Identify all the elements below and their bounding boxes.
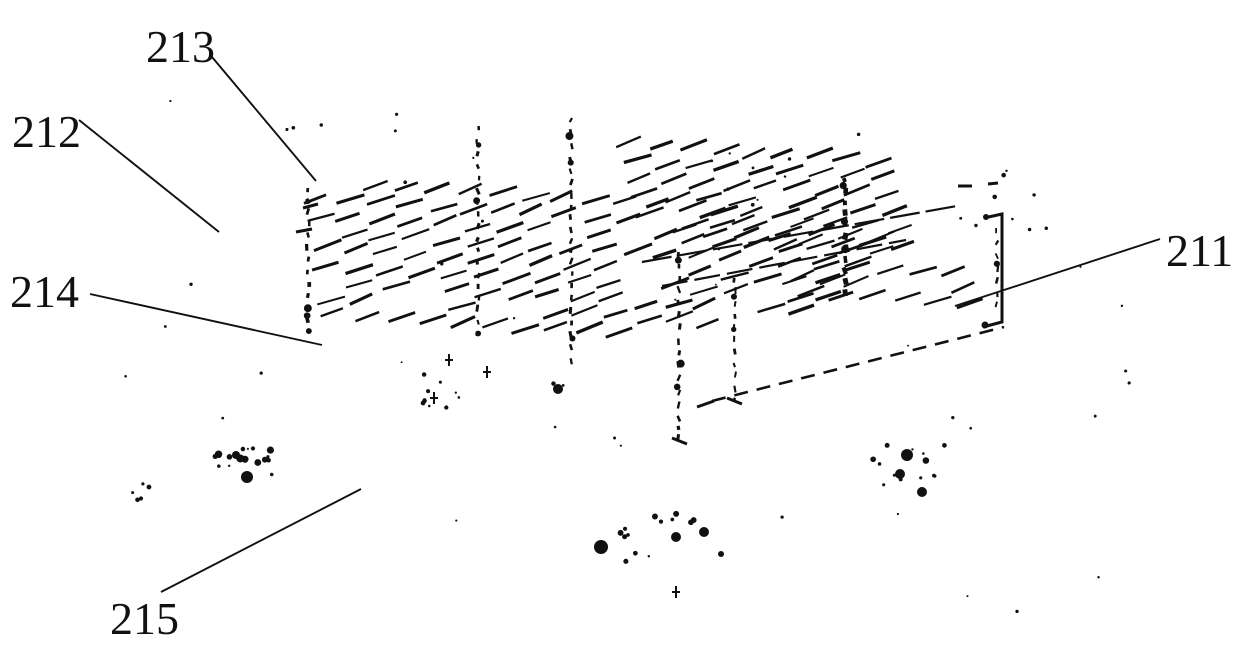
support-post-dash (571, 358, 572, 364)
support-post-dash (678, 375, 681, 381)
support-post-dash (570, 344, 572, 350)
noise-speck (620, 445, 622, 447)
noise-speck (922, 452, 925, 455)
leader-line-214 (90, 294, 322, 345)
ref-label-213: 213 (146, 21, 215, 72)
hatch-stroke (420, 315, 447, 324)
noise-speck (1124, 370, 1127, 373)
hatch-stroke (910, 267, 937, 274)
noise-speck (534, 262, 536, 264)
hatch-stroke (951, 282, 974, 293)
noise-speck (395, 113, 398, 116)
noise-speck (974, 224, 977, 227)
hatch-stroke (308, 214, 335, 221)
hatch-stroke (714, 144, 740, 154)
hatch-stroke (682, 234, 705, 243)
hatch-stroke (594, 261, 617, 270)
end-bracket (983, 214, 1002, 327)
support-post-dash (478, 273, 479, 278)
support-post-dash (678, 286, 681, 293)
support-post-blob (306, 328, 312, 334)
support-post-dash (570, 307, 571, 314)
support-post-blob (994, 261, 1000, 267)
hatch-stroke (740, 207, 762, 216)
hatch-stroke (571, 305, 597, 315)
noise-speck (221, 417, 224, 420)
noise-speck (472, 157, 474, 159)
noise-speck (147, 485, 152, 490)
noise-speck (784, 175, 786, 177)
support-post-dash (307, 232, 308, 237)
support-post-dash (678, 300, 679, 305)
foot-mark (672, 438, 687, 444)
hatch-stroke (346, 280, 372, 287)
hatch-stroke (789, 197, 817, 207)
noise-speck (422, 372, 426, 376)
noise-speck (907, 345, 909, 347)
support-post-dash (844, 267, 846, 274)
hatch-stroke (624, 244, 652, 255)
foot-mark (296, 229, 312, 232)
hatch-stroke (686, 161, 711, 168)
hatch-stroke (564, 259, 591, 270)
end-bracket-blob (982, 322, 989, 329)
support-post-blob (674, 384, 681, 391)
hatch-stroke (342, 230, 367, 238)
noise-speck (267, 447, 274, 454)
noise-speck (710, 159, 713, 162)
noise-speck (670, 518, 674, 522)
noise-speck (870, 456, 876, 462)
hatch-stroke (661, 174, 686, 184)
hatch-stroke (877, 265, 903, 273)
noise-speck (893, 474, 896, 477)
support-post-dash (845, 289, 846, 296)
hatch-stroke (529, 256, 552, 266)
support-post-dash (678, 416, 680, 422)
noise-speck (262, 457, 268, 463)
noise-speck (455, 392, 457, 394)
hatch-stroke (396, 199, 423, 207)
noise-speck (626, 533, 630, 537)
noise-speck (652, 513, 658, 519)
noise-speck (1121, 305, 1123, 307)
noise-speck (780, 516, 783, 519)
noise-speck (254, 459, 261, 466)
hatch-stroke (696, 193, 721, 200)
hatch-stroke (367, 195, 395, 204)
hatch-stroke (628, 173, 651, 183)
hatch-stroke (368, 233, 394, 241)
support-post-blob (842, 245, 847, 250)
noise-speck (1011, 218, 1014, 221)
noise-speck (752, 167, 755, 170)
support-post-dash (735, 314, 736, 319)
support-post-dash (570, 227, 571, 233)
hatch-stroke (535, 289, 559, 296)
hatch-stroke (528, 243, 551, 251)
noise-blob (594, 540, 608, 554)
hatch-stroke (460, 204, 487, 214)
noise-speck (648, 555, 650, 557)
hatch-stroke (770, 149, 792, 158)
support-post-dash (844, 178, 845, 182)
hatch-stroke (754, 274, 782, 282)
hatch-stroke (809, 168, 834, 177)
hatch-stroke (587, 230, 611, 238)
hatch-stroke (604, 310, 628, 317)
hatch-stroke (804, 210, 829, 220)
support-post-dash (678, 426, 679, 430)
hatch-stroke (445, 284, 469, 292)
hatch-stroke (520, 204, 542, 215)
hatch-stroke (596, 280, 620, 288)
figure-content: 211212213214215 (10, 21, 1233, 644)
hatch-stroke (654, 229, 677, 238)
noise-speck (241, 447, 246, 452)
support-post-blob (677, 360, 685, 368)
hatch-stroke (636, 207, 664, 217)
hatch-stroke (732, 215, 755, 224)
hatch-stroke (689, 266, 711, 275)
noise-speck (1094, 415, 1097, 418)
noise-speck (715, 284, 717, 286)
noise-blob (553, 384, 563, 394)
hatch-stroke (631, 188, 657, 197)
hatch-stroke (693, 298, 715, 309)
hatch-stroke (433, 238, 460, 246)
hatch-stroke (482, 318, 508, 327)
hatch-stroke (402, 229, 430, 239)
support-post-dash (845, 233, 846, 240)
hatch-stroke (395, 183, 418, 191)
noise-speck (1028, 228, 1032, 232)
support-post-blob (841, 218, 848, 225)
hatch-stroke (498, 238, 521, 247)
hatch-stroke (799, 234, 823, 244)
hatch-stroke (870, 246, 893, 253)
hatch-stroke (866, 158, 892, 167)
support-post-dash (571, 295, 572, 300)
support-post-dash (477, 260, 478, 264)
noise-speck (969, 427, 972, 430)
support-post-blob (304, 304, 312, 312)
hatch-stroke (431, 204, 457, 211)
noise-speck (260, 371, 263, 374)
hatch-stroke (335, 213, 359, 221)
hatch-stroke (790, 218, 813, 227)
hatch-stroke (646, 199, 668, 207)
noise-speck (882, 483, 885, 486)
hatch-stroke (713, 162, 738, 171)
noise-speck (1005, 170, 1007, 172)
support-post-dash (307, 199, 310, 204)
noise-speck (633, 551, 638, 556)
noise-speck (401, 361, 403, 363)
support-post-blob (476, 142, 481, 147)
noise-speck (513, 317, 515, 319)
hatch-stroke (404, 252, 426, 260)
leader-line-215 (161, 489, 361, 592)
patent-figure-page: 211212213214215 (0, 0, 1239, 648)
hatch-stroke (451, 317, 475, 328)
noise-speck (1015, 610, 1018, 613)
support-post-dash (734, 349, 735, 355)
support-post-dash (570, 169, 572, 174)
hatch-stroke (822, 200, 845, 209)
hatch-stroke (376, 266, 403, 275)
hatch-stroke (807, 148, 833, 158)
support-post-dash (570, 249, 571, 253)
noise-speck (458, 396, 461, 399)
hatch-stroke (783, 180, 810, 190)
support-post-dash (996, 253, 998, 258)
hatch-stroke (321, 308, 343, 316)
noise-blob (917, 487, 927, 497)
foot-mark (697, 401, 714, 407)
hatch-stroke (550, 191, 572, 202)
support-post-dash (570, 238, 572, 243)
noise-blob (241, 471, 253, 483)
hatch-stroke (336, 195, 364, 203)
noise-speck (751, 203, 755, 207)
noise-blob (671, 532, 681, 542)
support-post-dash (679, 350, 680, 355)
hatch-stroke (599, 292, 623, 301)
support-post-blob (304, 312, 311, 319)
hatch-stroke (776, 165, 803, 174)
hatch-stroke (655, 160, 680, 169)
hatch-stroke (832, 153, 860, 161)
hatch-stroke (501, 253, 523, 262)
support-post-blob (565, 132, 573, 140)
support-post-dash (477, 237, 479, 241)
hatch-stroke (838, 229, 862, 239)
noise-speck (421, 401, 426, 406)
noise-speck (1045, 226, 1049, 230)
noise-blob (699, 527, 709, 537)
foot-mark (988, 183, 998, 184)
hatch-stroke (434, 215, 457, 225)
hatch-stroke (528, 222, 551, 230)
noise-speck (251, 446, 255, 450)
hatch-stroke (383, 282, 410, 290)
hatch-stroke (535, 273, 560, 282)
hatch-stroke (882, 206, 906, 216)
noise-speck (285, 128, 288, 131)
hatch-stroke (389, 312, 416, 321)
hatch-stroke (788, 305, 814, 314)
noise-speck (131, 491, 134, 494)
hatch-stroke (543, 309, 568, 318)
hatch-stroke (680, 140, 707, 150)
hatch-stroke (448, 303, 475, 310)
noise-speck (878, 462, 882, 466)
noise-blob (232, 451, 240, 459)
hatch-stroke (778, 258, 801, 267)
support-post-dash (679, 323, 680, 329)
hatch-stroke (624, 155, 652, 163)
hatch-stroke (679, 200, 707, 211)
support-post-blob (840, 182, 847, 189)
hatch-stroke (344, 243, 367, 253)
noise-speck (440, 262, 443, 265)
support-post-dash (571, 143, 572, 149)
hatch-stroke (895, 292, 920, 300)
hatch-stroke (703, 229, 727, 237)
ref-label-214: 214 (10, 266, 79, 317)
hatch-stroke (408, 268, 434, 278)
leader-line-212 (79, 120, 219, 232)
hatch-stroke (509, 291, 533, 300)
noise-speck (966, 595, 968, 597)
hatch-stroke (437, 254, 463, 263)
noise-speck (1001, 173, 1006, 178)
noise-speck (247, 448, 249, 450)
hatch-stroke (568, 275, 591, 283)
support-post-dash (734, 363, 735, 367)
noise-speck (857, 133, 861, 137)
noise-speck (726, 187, 729, 190)
noise-blob (895, 469, 905, 479)
hatch-stroke (665, 192, 690, 202)
support-post-dash (477, 305, 478, 312)
hatch-stroke (871, 171, 894, 180)
hatch-stroke (653, 250, 676, 258)
hatch-stroke (841, 169, 865, 178)
hatch-stroke (710, 220, 735, 228)
support-post-blob (731, 294, 737, 300)
hatch-stroke (815, 186, 838, 195)
support-post-dash (845, 256, 846, 263)
support-post-blob (569, 335, 575, 341)
hatch-stroke (616, 137, 641, 148)
hatch-stroke (369, 214, 395, 224)
noise-speck (428, 405, 431, 408)
hatch-stroke (571, 292, 595, 302)
support-post-dash (570, 118, 572, 122)
hatch-stroke (511, 325, 539, 334)
hatch-stroke (441, 271, 467, 279)
support-post-dash (307, 208, 309, 214)
noise-speck (885, 443, 890, 448)
hatch-stroke (941, 267, 964, 276)
support-post-dash (678, 390, 680, 396)
hatch-stroke (497, 223, 524, 233)
noise-speck (227, 454, 233, 460)
noise-speck (554, 426, 557, 429)
noise-speck (189, 283, 192, 286)
noise-speck (403, 180, 407, 184)
hatch-stroke (522, 193, 550, 201)
noise-speck (959, 217, 962, 220)
support-post-dash (570, 214, 571, 220)
hatch-stroke (719, 251, 741, 260)
noise-speck (674, 299, 676, 301)
noise-speck (135, 497, 140, 502)
hatch-stroke (850, 205, 875, 213)
hatch-stroke (650, 141, 673, 149)
support-post-dash (477, 188, 480, 194)
figure-canvas: 211212213214215 (0, 0, 1239, 648)
support-post-dash (477, 151, 478, 156)
hatch-stroke (397, 218, 422, 227)
hatch-stroke (491, 203, 515, 212)
support-post-dash (307, 293, 308, 298)
hatch-stroke (791, 270, 814, 281)
noise-blob (718, 551, 724, 557)
noise-speck (718, 248, 721, 251)
hatch-stroke (592, 244, 617, 251)
hatch-stroke (875, 191, 898, 199)
support-post-dash (996, 302, 997, 307)
noise-speck (992, 195, 997, 200)
noise-speck (729, 152, 731, 154)
leader-line-211 (955, 239, 1160, 306)
noise-speck (691, 517, 697, 523)
support-post-dash (477, 320, 478, 325)
support-post-dash (996, 277, 998, 283)
support-post-dash (845, 278, 846, 284)
noise-speck (618, 530, 624, 536)
hatch-stroke (772, 209, 800, 218)
hatch-stroke (312, 262, 338, 270)
hatch-stroke (490, 187, 517, 196)
support-post-dash (734, 278, 735, 283)
end-bracket-blob (983, 214, 989, 220)
hatch-stroke (690, 287, 718, 295)
hatch-stroke (742, 148, 765, 158)
noise-speck (613, 437, 616, 440)
hatch-stroke (859, 290, 885, 299)
hatch-stroke (317, 297, 345, 305)
noise-speck (164, 325, 167, 328)
hatch-stroke (424, 183, 449, 193)
hatch-stroke (888, 225, 911, 233)
support-post-dash (477, 164, 479, 168)
noise-speck (942, 443, 947, 448)
support-post-dash (477, 223, 479, 229)
panel-bottom-edge (712, 327, 1004, 401)
noise-speck (951, 416, 954, 419)
noise-speck (292, 126, 296, 130)
noise-speck (1032, 193, 1035, 196)
hatch-stroke (314, 240, 341, 251)
support-post-dash (996, 240, 999, 244)
hatch-stroke (582, 196, 610, 204)
hatch-stroke (585, 215, 611, 223)
support-post-dash (570, 258, 572, 265)
noise-speck (455, 519, 457, 521)
hatch-stroke (346, 265, 373, 274)
hatch-stroke (637, 316, 662, 324)
noise-speck (933, 474, 936, 477)
support-post-dash (845, 209, 846, 215)
foot-mark (303, 204, 318, 208)
hatch-stroke (807, 241, 835, 249)
hatch-stroke (758, 304, 786, 312)
support-post-dash (308, 257, 309, 262)
noise-speck (756, 199, 758, 201)
hatch-stroke (689, 179, 714, 189)
noise-speck (320, 123, 323, 126)
support-post-blob (675, 257, 682, 264)
hatch-stroke (616, 214, 640, 223)
noise-speck (217, 464, 221, 468)
noise-speck (439, 381, 442, 384)
noise-speck (394, 129, 397, 132)
noise-speck (923, 457, 930, 464)
